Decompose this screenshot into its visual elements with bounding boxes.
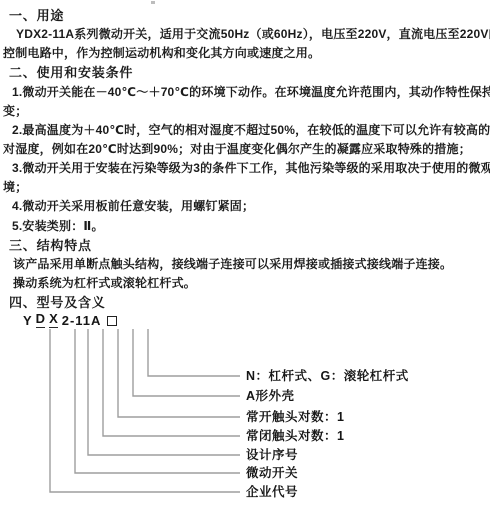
leader-line [103, 329, 240, 436]
diagram-label: 设计序号 [246, 447, 298, 463]
leader-line [118, 329, 240, 417]
model-placeholder-box [107, 316, 117, 326]
text-line: YDX2-11A系列微动开关，适用于交流50Hz（或60Hz），电压至220V，… [16, 25, 490, 44]
text-line: 境； [3, 178, 490, 197]
leader-line [75, 329, 240, 473]
leader-line [148, 329, 240, 376]
diagram-label: 常闭触头对数：1 [246, 428, 344, 444]
model-code-part: Y [23, 314, 32, 328]
text-line: 变； [3, 102, 490, 121]
text-line: 控制电路中，作为控制运动机构和变化其方向或速度之用。 [3, 44, 490, 63]
diagram-label: 企业代号 [246, 484, 298, 500]
diagram-label: 微动开关 [246, 465, 298, 481]
model-code-part: X [49, 312, 58, 328]
diagram-label: N：杠杆式、G：滚轮杠杆式 [246, 368, 409, 384]
text-line: 2.最高温度为＋40℃时，空气的相对湿度不超过50%，在较低的温度下可以允许有较… [12, 121, 490, 140]
leader-line [88, 329, 240, 455]
leader-line [50, 329, 240, 492]
text-line: 操动系统为杠杆式或滚轮杠杆式。 [13, 274, 490, 293]
text-line: 4.微动开关采用板前任意安装，用螺钉紧固； [12, 197, 490, 216]
section-heading: 四、型号及含义 [9, 293, 490, 312]
document-body: 一、用途YDX2-11A系列微动开关，适用于交流50Hz（或60Hz），电压至2… [0, 6, 490, 312]
model-code-part: D [36, 312, 45, 328]
section-heading: 二、使用和安装条件 [9, 63, 490, 82]
text-line: 1.微动开关能在－40℃～＋70℃的环境下动作。在环境温度允许范围内，其动作特性… [12, 83, 490, 102]
manual-page: 一、用途YDX2-11A系列微动开关，适用于交流50Hz（或60Hz），电压至2… [0, 0, 490, 509]
model-code-part: 2-11A [62, 314, 102, 328]
diagram-label: A形外壳 [246, 388, 295, 404]
model-code: YDX2-11A [23, 312, 117, 328]
diagram-label: 常开触头对数：1 [246, 409, 344, 425]
scan-artifact [151, 1, 155, 4]
text-line: 5.安装类别：Ⅱ。 [12, 217, 490, 236]
section-heading: 一、用途 [9, 6, 490, 25]
text-line: 对湿度，例如在20℃时达到90%；对由于温度变化偶尔产生的凝露应采取特殊的措施； [3, 140, 490, 159]
section-heading: 三、结构特点 [9, 236, 490, 255]
leader-line [133, 329, 240, 396]
text-line: 3.微动开关用于安装在污染等级为3的条件下工作，其他污染等级的采用取决于使用的微… [12, 159, 490, 178]
text-line: 该产品采用单断点触头结构，接线端子连接可以采用焊接或插接式接线端子连接。 [13, 255, 490, 274]
